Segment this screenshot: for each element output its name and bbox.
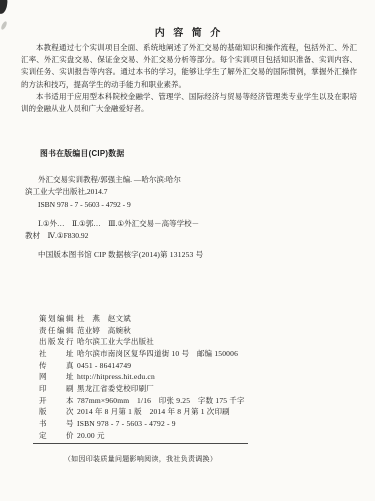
colophon-value: 哈尔滨市南岗区复华四道街 10 号 邮编 150006	[77, 349, 238, 358]
colophon-value: 20.00 元	[77, 431, 105, 440]
colophon-value: 黑龙江省委党校印刷厂	[77, 384, 154, 393]
cip-entry-line-2: 滨工业大学出版社,2014.7	[25, 186, 255, 198]
colophon-row: 开 本787mm×960mm 1/16 印张 9.25 字数 175 千字	[39, 395, 269, 407]
colophon-row: 责任编辑范业婷 高婉秋	[39, 325, 269, 337]
colophon-label: 策划编辑	[39, 313, 77, 325]
colophon-label: 责任编辑	[39, 325, 77, 337]
footer-note: （如因印装质量问题影响阅读，我社负责调换）	[33, 455, 248, 464]
cip-class-line-2: 教材 Ⅳ.①F830.92	[25, 230, 255, 242]
colophon-value: ISBN 978 - 7 - 5603 - 4792 - 9	[77, 419, 176, 428]
colophon-value: 0451 - 86414749	[77, 361, 131, 370]
cip-record-line: 中国版本图书馆 CIP 数据核字(2014)第 131253 号	[38, 250, 203, 259]
colophon-label: 开 本	[39, 395, 77, 407]
colophon-row: 出版发行哈尔滨工业大学出版社	[39, 336, 269, 348]
colophon-label: 版 次	[39, 406, 77, 418]
colophon-row: 社 址哈尔滨市南岗区复华四道街 10 号 邮编 150006	[39, 348, 269, 360]
colophon-label: 社 址	[39, 348, 77, 360]
section-title: 内 容 简 介	[0, 29, 375, 39]
colophon-row: 书 号ISBN 978 - 7 - 5603 - 4792 - 9	[39, 418, 269, 430]
cip-entry-line-1: 外汇交易实训教程/郭强主编. —哈尔滨:哈尔	[25, 174, 255, 186]
colophon-label: 书 号	[39, 418, 77, 430]
cip-classification-block: Ⅰ.①外… Ⅱ.①郭… Ⅲ.①外汇交易－高等学校－ 教材 Ⅳ.①F830.92	[25, 218, 255, 243]
intro-paragraph-2: 本书适用于应用型本科院校金融学、管理学、国际经济与贸易等经济管理类专业学生以及在…	[21, 91, 357, 115]
scan-smudge-dark	[0, 0, 8, 14]
book-copyright-page: 内 容 简 介 本教程通过七个实训项目全面、系统地阐述了外汇交易的基础知识和操作…	[0, 0, 375, 501]
colophon-value: 2014 年 8 月第 1 版 2014 年 8 月第 1 次印刷	[77, 407, 230, 416]
divider-rule	[33, 443, 248, 444]
intro-paragraph-1: 本教程通过七个实训项目全面、系统地阐述了外汇交易的基础知识和操作流程，包括外汇、…	[21, 42, 357, 91]
colophon-label: 网 址	[39, 371, 77, 383]
colophon-label: 印 刷	[39, 383, 77, 395]
colophon-row: 版 次2014 年 8 月第 1 版 2014 年 8 月第 1 次印刷	[39, 406, 269, 418]
colophon-value: 哈尔滨工业大学出版社	[77, 337, 154, 346]
colophon-label: 传 真	[39, 360, 77, 372]
colophon-row: 印 刷黑龙江省委党校印刷厂	[39, 383, 269, 395]
colophon-row: 网 址http://hitpress.hit.edu.cn	[39, 371, 269, 383]
cip-heading: 图书在版编目(CIP)数据	[40, 149, 124, 158]
colophon-label: 定 价	[39, 430, 77, 442]
colophon-value: http://hitpress.hit.edu.cn	[77, 372, 155, 381]
colophon-row: 传 真0451 - 86414749	[39, 360, 269, 372]
colophon-row: 定 价20.00 元	[39, 430, 269, 442]
cip-class-line-1: Ⅰ.①外… Ⅱ.①郭… Ⅲ.①外汇交易－高等学校－	[25, 218, 255, 230]
cip-isbn-line: ISBN 978 - 7 - 5603 - 4792 - 9	[25, 199, 255, 211]
cip-entry-block: 外汇交易实训教程/郭强主编. —哈尔滨:哈尔 滨工业大学出版社,2014.7 I…	[25, 174, 255, 211]
colophon-row: 策划编辑杜 燕 赵文斌	[39, 313, 269, 325]
colophon-block: 策划编辑杜 燕 赵文斌 责任编辑范业婷 高婉秋 出版发行哈尔滨工业大学出版社 社…	[39, 313, 269, 441]
colophon-value: 范业婷 高婉秋	[77, 326, 131, 335]
colophon-value: 杜 燕 赵文斌	[77, 314, 131, 323]
colophon-label: 出版发行	[39, 336, 77, 348]
colophon-value: 787mm×960mm 1/16 印张 9.25 字数 175 千字	[77, 396, 245, 405]
intro-text-block: 本教程通过七个实训项目全面、系统地阐述了外汇交易的基础知识和操作流程，包括外汇、…	[21, 42, 357, 115]
